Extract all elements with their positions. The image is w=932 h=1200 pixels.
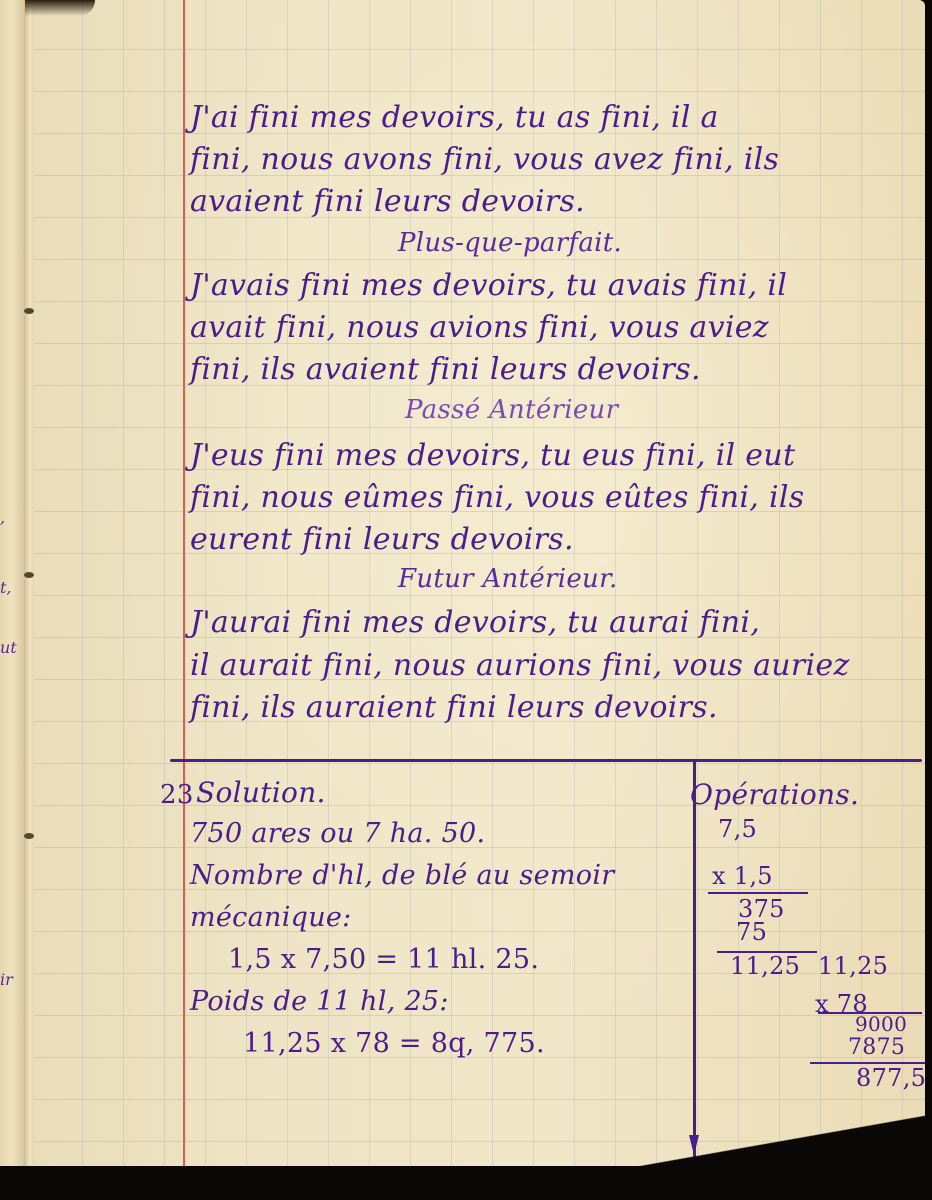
solution-line: Nombre d'hl, de blé au semoir <box>190 860 614 891</box>
operations-column-divider <box>693 762 696 1157</box>
page-corner-shadow <box>625 1106 925 1166</box>
text-line: J'aurai fini mes devoirs, tu aurai fini, <box>190 605 760 640</box>
text-line: fini, nous eûmes fini, vous eûtes fini, … <box>190 480 804 515</box>
solution-equation: 11,25 x 78 = 8q, 775. <box>243 1028 545 1059</box>
solution-line: Poids de 11 hl, 25: <box>190 986 449 1017</box>
solution-title: Solution. <box>196 776 326 809</box>
text-line: il aurait fini, nous aurions fini, vous … <box>190 648 850 683</box>
operations-title: Opérations. <box>690 778 859 811</box>
text-line: fini, ils auraient fini leurs devoirs. <box>190 690 718 725</box>
binding-fold <box>24 0 34 1166</box>
section-divider-line <box>170 759 922 762</box>
text-line: avaient fini leurs devoirs. <box>190 184 585 219</box>
text-line: fini, nous avons fini, vous avez fini, i… <box>190 142 779 177</box>
text-line: J'eus fini mes devoirs, tu eus fini, il … <box>190 438 795 473</box>
section-heading: Passé Antérieur <box>405 395 618 425</box>
product-result: 877,50 <box>856 1064 925 1092</box>
partial-product: 9000 <box>855 1012 907 1036</box>
operand: x 1,5 <box>712 862 773 890</box>
operand: 7,5 <box>718 815 757 843</box>
previous-page-fragment: , <box>0 508 5 527</box>
text-line: avait fini, nous avions fini, vous aviez <box>190 310 769 345</box>
partial-product: 75 <box>736 918 767 946</box>
operation-rule <box>708 892 808 894</box>
binding-stitch <box>24 308 34 314</box>
scan-shadow <box>25 0 95 16</box>
text-line: J'ai fini mes devoirs, tu as fini, il a <box>190 100 719 135</box>
notebook-page: , t, ut ir J'ai fini mes devoirs, tu as … <box>0 0 925 1166</box>
text-line: J'avais fini mes devoirs, tu avais fini,… <box>190 268 787 303</box>
problem-number: 23 <box>160 780 194 810</box>
operand: 11,25 <box>818 952 888 980</box>
solution-line: 750 ares ou 7 ha. 50. <box>190 818 485 849</box>
product-result: 11,25 <box>730 952 800 980</box>
previous-page-fragment: t, <box>0 578 12 597</box>
binding-stitch <box>24 833 34 839</box>
previous-page-fragment: ir <box>0 970 13 989</box>
red-margin-line <box>183 0 185 1166</box>
partial-product: 7875 <box>848 1035 905 1060</box>
binding-stitch <box>24 572 34 578</box>
section-heading: Plus-que-parfait. <box>398 228 622 258</box>
text-line: fini, ils avaient fini leurs devoirs. <box>190 352 701 387</box>
text-line: eurent fini leurs devoirs. <box>190 522 574 557</box>
solution-equation: 1,5 x 7,50 = 11 hl. 25. <box>228 944 539 975</box>
solution-line: mécanique: <box>190 902 352 933</box>
section-heading: Futur Antérieur. <box>398 564 618 594</box>
previous-page-fragment: ut <box>0 638 17 657</box>
